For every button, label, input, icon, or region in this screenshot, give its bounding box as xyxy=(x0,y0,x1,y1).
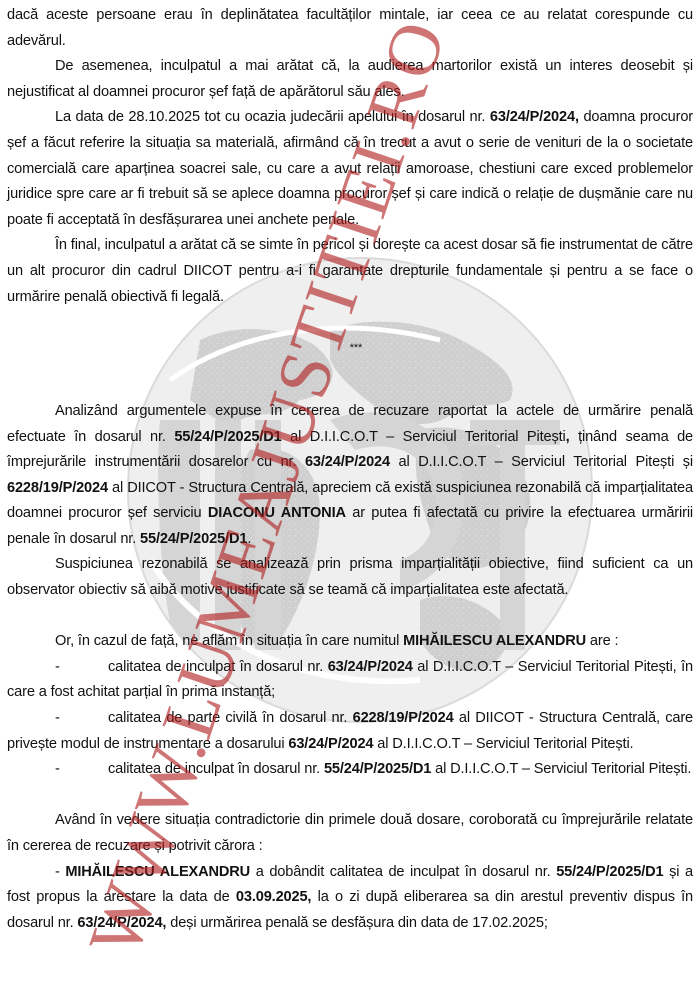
text-run: . xyxy=(247,531,251,547)
bold-reference: MIHĂILESCU ALEXANDRU xyxy=(403,633,586,649)
bold-reference: 6228/19/P/2024 xyxy=(353,710,454,726)
text-run: În final, inculpatul a arătat că se simt… xyxy=(7,237,693,304)
spacer xyxy=(7,310,693,336)
list-item: -calitatea de parte civilă în dosarul nr… xyxy=(7,706,693,757)
bold-reference: 6228/19/P/2024 xyxy=(7,480,108,496)
text-run: deși urmărirea penală se desfășura din d… xyxy=(166,915,547,931)
bold-reference: 55/24/P/2025/D1 xyxy=(324,761,431,777)
text-run: a dobândit calitatea de inculpat în dosa… xyxy=(250,864,556,880)
list-item: -calitatea de inculpat în dosarul nr. 55… xyxy=(7,757,693,783)
spacer xyxy=(7,604,693,630)
text-run: Suspiciunea rezonabilă se analizează pri… xyxy=(7,556,693,598)
text-run: De asemenea, inculpatul a mai arătat că,… xyxy=(7,58,693,100)
bold-reference: 55/24/P/2025/D1 xyxy=(556,864,663,880)
text-run: calitatea de inculpat în dosarul nr. xyxy=(108,761,324,777)
spacer xyxy=(7,783,693,809)
paragraph: Având în vedere situația contradictorie … xyxy=(7,808,693,859)
bold-reference: 63/24/P/2024 xyxy=(305,454,390,470)
spacer xyxy=(7,387,693,399)
paragraph: Or, în cazul de față, ne aflăm în situaț… xyxy=(7,629,693,655)
list-dash: - xyxy=(7,655,108,681)
paragraph: În final, inculpatul a arătat că se simt… xyxy=(7,233,693,310)
dash-list: -calitatea de inculpat în dosarul nr. 63… xyxy=(7,655,693,783)
text-run: La data de 28.10.2025 tot cu ocazia jude… xyxy=(55,109,490,125)
text-run: al D.I.I.C.O.T – Serviciul Teritorial Pi… xyxy=(373,736,633,752)
bold-reference: 63/24/P/2024, xyxy=(490,109,579,125)
paragraphs-before-separator: dacă aceste persoane erau în deplinătate… xyxy=(7,3,693,310)
text-run: dacă aceste persoane erau în deplinătate… xyxy=(7,7,693,49)
bold-reference: 63/24/P/2024, xyxy=(77,915,166,931)
bold-reference: 63/24/P/2024 xyxy=(288,736,373,752)
spacer xyxy=(7,361,693,387)
section-separator: *** xyxy=(7,336,693,362)
list-dash: - xyxy=(7,757,108,783)
list-dash: - xyxy=(7,706,108,732)
text-run: Or, în cazul de față, ne aflăm în situaț… xyxy=(55,633,403,649)
text-run: doamna procuror șef a făcut referire la … xyxy=(7,109,693,227)
text-run: calitatea de parte civilă în dosarul nr. xyxy=(108,710,353,726)
list-item: -calitatea de inculpat în dosarul nr. 63… xyxy=(7,655,693,706)
text-run: al D.I.I.C.O.T – Serviciul Teritorial Pi… xyxy=(431,761,691,777)
paragraph: De asemenea, inculpatul a mai arătat că,… xyxy=(7,54,693,105)
paragraph: Analizând argumentele expuse în cererea … xyxy=(7,399,693,553)
closing-paragraphs: Având în vedere situația contradictorie … xyxy=(7,808,693,936)
text-run: - xyxy=(55,864,65,880)
text-run: al D.I.I.C.O.T – Serviciul Teritorial Pi… xyxy=(282,429,566,445)
intro-list-paragraph: Or, în cazul de față, ne aflăm în situaț… xyxy=(7,629,693,655)
text-run: Având în vedere situația contradictorie … xyxy=(7,812,693,854)
bold-reference: 55/24/P/2025/D1 xyxy=(140,531,247,547)
bold-reference: DIACONU ANTONIA xyxy=(208,505,346,521)
text-run: calitatea de inculpat în dosarul nr. xyxy=(108,659,328,675)
paragraph: La data de 28.10.2025 tot cu ocazia jude… xyxy=(7,105,693,233)
text-run: are : xyxy=(586,633,618,649)
paragraph: - MIHĂILESCU ALEXANDRU a dobândit calita… xyxy=(7,860,693,937)
bold-reference: 63/24/P/2024 xyxy=(328,659,413,675)
bold-reference: 55/24/P/2025/D1 xyxy=(174,429,281,445)
paragraph: Suspiciunea rezonabilă se analizează pri… xyxy=(7,552,693,603)
paragraph: dacă aceste persoane erau în deplinătate… xyxy=(7,3,693,54)
bold-reference: 03.09.2025, xyxy=(236,889,311,905)
text-run: al D.I.I.C.O.T – Serviciul Teritorial Pi… xyxy=(390,454,693,470)
document-page: dacă aceste persoane erau în deplinătate… xyxy=(7,3,693,936)
paragraphs-after-separator: Analizând argumentele expuse în cererea … xyxy=(7,399,693,604)
bold-reference: MIHĂILESCU ALEXANDRU xyxy=(65,864,250,880)
